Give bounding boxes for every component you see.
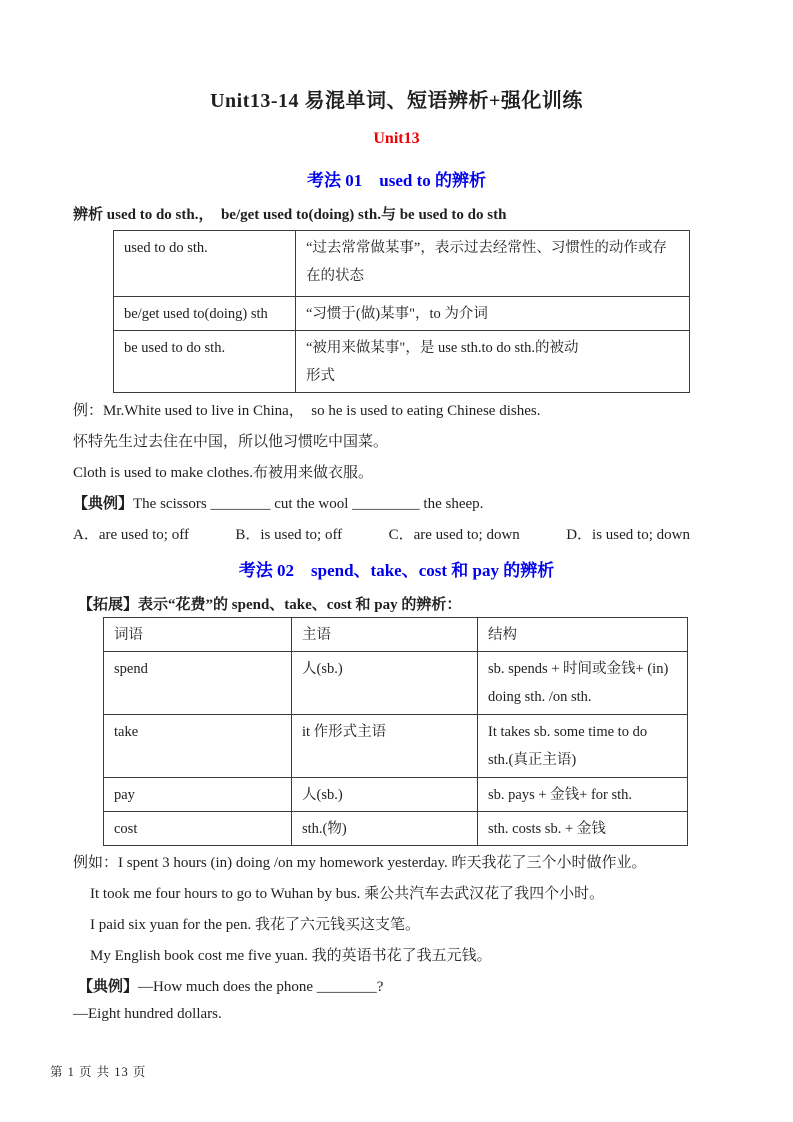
option-b: B．is used to; off bbox=[235, 523, 342, 544]
desc-cell: “过去常常做某事”，表示过去经常性、习惯性的动作或存 在的状态 bbox=[296, 231, 690, 297]
table-row: be/get used to(doing) sth “习惯于(做)某事"，to … bbox=[114, 297, 690, 331]
structure-line: sb. spends + 时间或金钱+ (in) bbox=[488, 655, 677, 683]
table-row: pay 人(sb.) sb. pays + 金钱+ for sth. bbox=[104, 778, 688, 812]
dianli-question-line: 【典例】The scissors ________ cut the wool _… bbox=[73, 492, 483, 513]
tuozhan-text: 表示“花费”的 spend、take、cost 和 pay 的辨析： bbox=[138, 597, 461, 613]
spend-take-cost-pay-table: 词语 主语 结构 spend 人(sb.) sb. spends + 时间或金钱… bbox=[103, 617, 688, 846]
option-d: D．is used to; down bbox=[566, 523, 690, 544]
desc-line: 在的状态 bbox=[306, 262, 679, 290]
bianxi-text: used to do sth.， be/get used to(doing) s… bbox=[107, 207, 507, 223]
example-translation: 怀特先生过去住在中国，所以他习惯吃中国菜。 bbox=[73, 430, 388, 451]
tuozhan-label: 【拓展】 bbox=[78, 597, 138, 613]
dianli-question: —How much does the phone ________? bbox=[138, 979, 383, 995]
structure-cell: It takes sb. some time to do sth.(真正主语) bbox=[478, 715, 688, 778]
structure-line: sth.(真正主语) bbox=[488, 746, 677, 774]
dianli-label: 【典例】 bbox=[73, 496, 133, 512]
table-row: be used to do sth. “被用来做某事"，是 use sth.to… bbox=[114, 331, 690, 393]
table-row: spend 人(sb.) sb. spends + 时间或金钱+ (in) do… bbox=[104, 652, 688, 715]
answer-options-row: A．are used to; off B．is used to; off C．a… bbox=[73, 523, 690, 544]
table-header-row: 词语 主语 结构 bbox=[104, 618, 688, 652]
subject-cell: 人(sb.) bbox=[292, 652, 478, 715]
word-cell: pay bbox=[104, 778, 292, 812]
table-row: cost sth.(物) sth. costs sb. + 金钱 bbox=[104, 812, 688, 846]
word-cell: cost bbox=[104, 812, 292, 846]
structure-line: sth. costs sb. + 金钱 bbox=[488, 815, 677, 843]
page-footer: 第 1 页 共 13 页 bbox=[50, 1062, 146, 1080]
structure-line: sb. pays + 金钱+ for sth. bbox=[488, 781, 677, 809]
structure-line: It takes sb. some time to do bbox=[488, 718, 677, 746]
example-sentence: I paid six yuan for the pen. 我花了六元钱买这支笔。 bbox=[90, 913, 420, 934]
example-sentence: 例：Mr.White used to live in China， so he … bbox=[73, 399, 540, 420]
desc-cell: “被用来做某事"，是 use sth.to do sth.的被动 形式 bbox=[296, 331, 690, 393]
word-cell: spend bbox=[104, 652, 292, 715]
document-page: Unit13-14 易混单词、短语辨析+强化训练 Unit13 考法 01 us… bbox=[0, 0, 793, 1122]
subject-cell: it 作形式主语 bbox=[292, 715, 478, 778]
dianli-label: 【典例】 bbox=[78, 979, 138, 995]
desc-line: 形式 bbox=[306, 362, 679, 390]
structure-cell: sb. spends + 时间或金钱+ (in) doing sth. /on … bbox=[478, 652, 688, 715]
desc-line: “过去常常做某事”，表示过去经常性、习惯性的动作或存 bbox=[306, 234, 679, 262]
structure-cell: sth. costs sb. + 金钱 bbox=[478, 812, 688, 846]
kaofa-01-heading: 考法 01 used to 的辨析 bbox=[0, 166, 793, 191]
structure-cell: sb. pays + 金钱+ for sth. bbox=[478, 778, 688, 812]
subject-cell: 人(sb.) bbox=[292, 778, 478, 812]
word-cell: take bbox=[104, 715, 292, 778]
tuozhan-line: 【拓展】表示“花费”的 spend、take、cost 和 pay 的辨析： bbox=[78, 593, 461, 614]
term-cell: used to do sth. bbox=[114, 231, 296, 297]
term-cell: be used to do sth. bbox=[114, 331, 296, 393]
example-sentence: 例如：I spent 3 hours (in) doing /on my hom… bbox=[73, 851, 647, 872]
example-sentence: It took me four hours to go to Wuhan by … bbox=[90, 882, 604, 903]
dianli-question: The scissors ________ cut the wool _____… bbox=[133, 496, 483, 512]
dianli-answer-line: —Eight hundred dollars. bbox=[73, 1006, 222, 1023]
desc-line: “被用来做某事"，是 use sth.to do sth.的被动 bbox=[306, 334, 679, 362]
column-header-subject: 主语 bbox=[292, 618, 478, 652]
structure-line: doing sth. /on sth. bbox=[488, 683, 677, 711]
term-cell: be/get used to(doing) sth bbox=[114, 297, 296, 331]
kaofa-02-heading: 考法 02 spend、take、cost 和 pay 的辨析 bbox=[0, 556, 793, 581]
desc-line: “习惯于(做)某事"，to 为介词 bbox=[306, 300, 679, 328]
option-c: C．are used to; down bbox=[389, 523, 520, 544]
example-sentence: My English book cost me five yuan. 我的英语书… bbox=[90, 944, 492, 965]
column-header-word: 词语 bbox=[104, 618, 292, 652]
example-sentence: Cloth is used to make clothes.布被用来做衣服。 bbox=[73, 461, 373, 482]
doc-title: Unit13-14 易混单词、短语辨析+强化训练 bbox=[0, 84, 793, 113]
bianxi-label: 辨析 bbox=[73, 207, 103, 223]
column-header-structure: 结构 bbox=[478, 618, 688, 652]
unit13-heading: Unit13 bbox=[0, 130, 793, 148]
option-a: A．are used to; off bbox=[73, 523, 189, 544]
table-row: used to do sth. “过去常常做某事”，表示过去经常性、习惯性的动作… bbox=[114, 231, 690, 297]
desc-cell: “习惯于(做)某事"，to 为介词 bbox=[296, 297, 690, 331]
dianli-question-line: 【典例】—How much does the phone ________? bbox=[78, 975, 383, 996]
subject-cell: sth.(物) bbox=[292, 812, 478, 846]
bianxi-intro-line: 辨析 used to do sth.， be/get used to(doing… bbox=[73, 203, 506, 224]
usedto-comparison-table: used to do sth. “过去常常做某事”，表示过去经常性、习惯性的动作… bbox=[113, 230, 690, 393]
table-row: take it 作形式主语 It takes sb. some time to … bbox=[104, 715, 688, 778]
